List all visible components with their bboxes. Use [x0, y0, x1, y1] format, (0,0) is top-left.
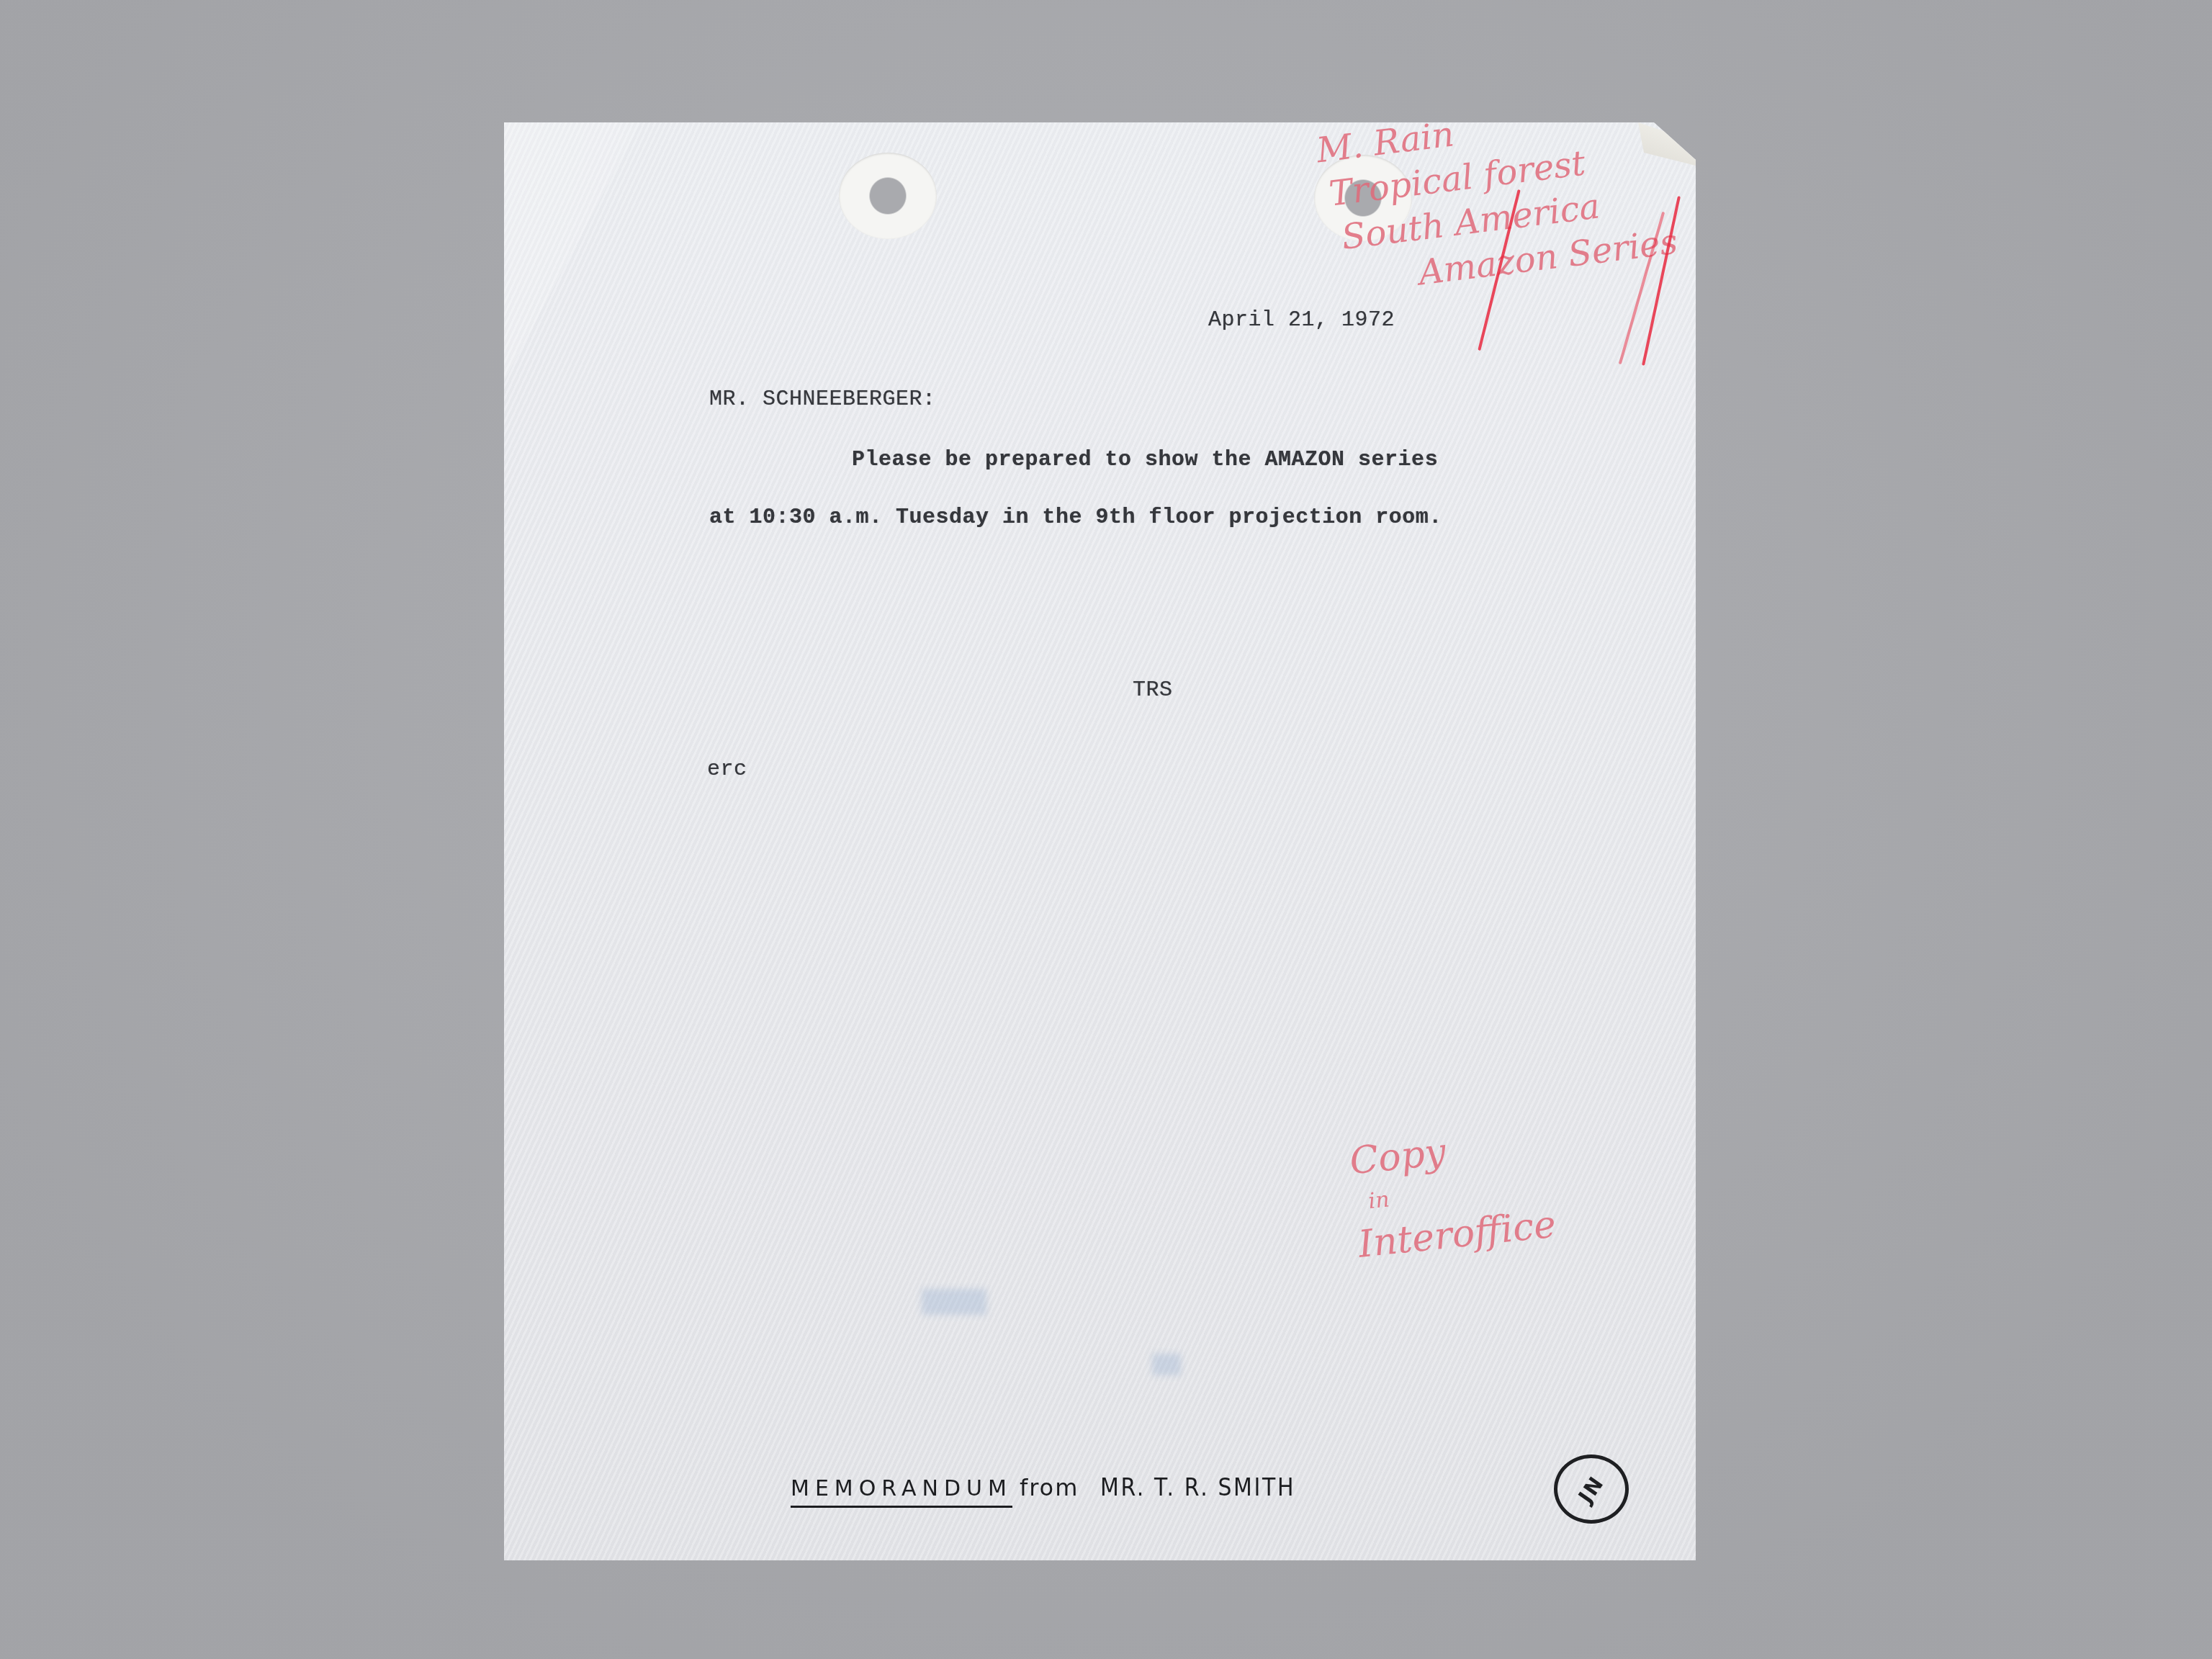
- faint-ink-mark: [1152, 1354, 1181, 1375]
- memorandum-label: MEMORANDUM: [791, 1476, 1012, 1508]
- paper-fold-crease: [504, 122, 641, 1560]
- hole-reinforcement-ring-icon: [839, 153, 937, 239]
- sender-name: MR. T. R. SMITH: [1100, 1473, 1295, 1502]
- typist-reference: erc: [707, 757, 747, 782]
- stamp-initials: JN: [1574, 1471, 1609, 1507]
- memo-paper: April 21, 1972 MR. SCHNEEBERGER: Please …: [504, 122, 1696, 1560]
- letterhead-footer: MEMORANDUM from MR. T. R. SMITH: [791, 1473, 1322, 1508]
- initials-stamp-icon: JN: [1554, 1455, 1629, 1524]
- faint-ink-mark: [922, 1289, 986, 1315]
- memo-body-line-2: at 10:30 a.m. Tuesday in the 9th floor p…: [709, 505, 1442, 530]
- memo-body-line-1: Please be prepared to show the AMAZON se…: [852, 448, 1438, 472]
- handwritten-note-copy-interoffice: Copy in Interoffice: [1348, 1120, 1558, 1266]
- from-label: from: [1020, 1474, 1079, 1501]
- memo-signature-initials: TRS: [1133, 678, 1173, 703]
- memo-addressee: MR. SCHNEEBERGER:: [709, 387, 936, 412]
